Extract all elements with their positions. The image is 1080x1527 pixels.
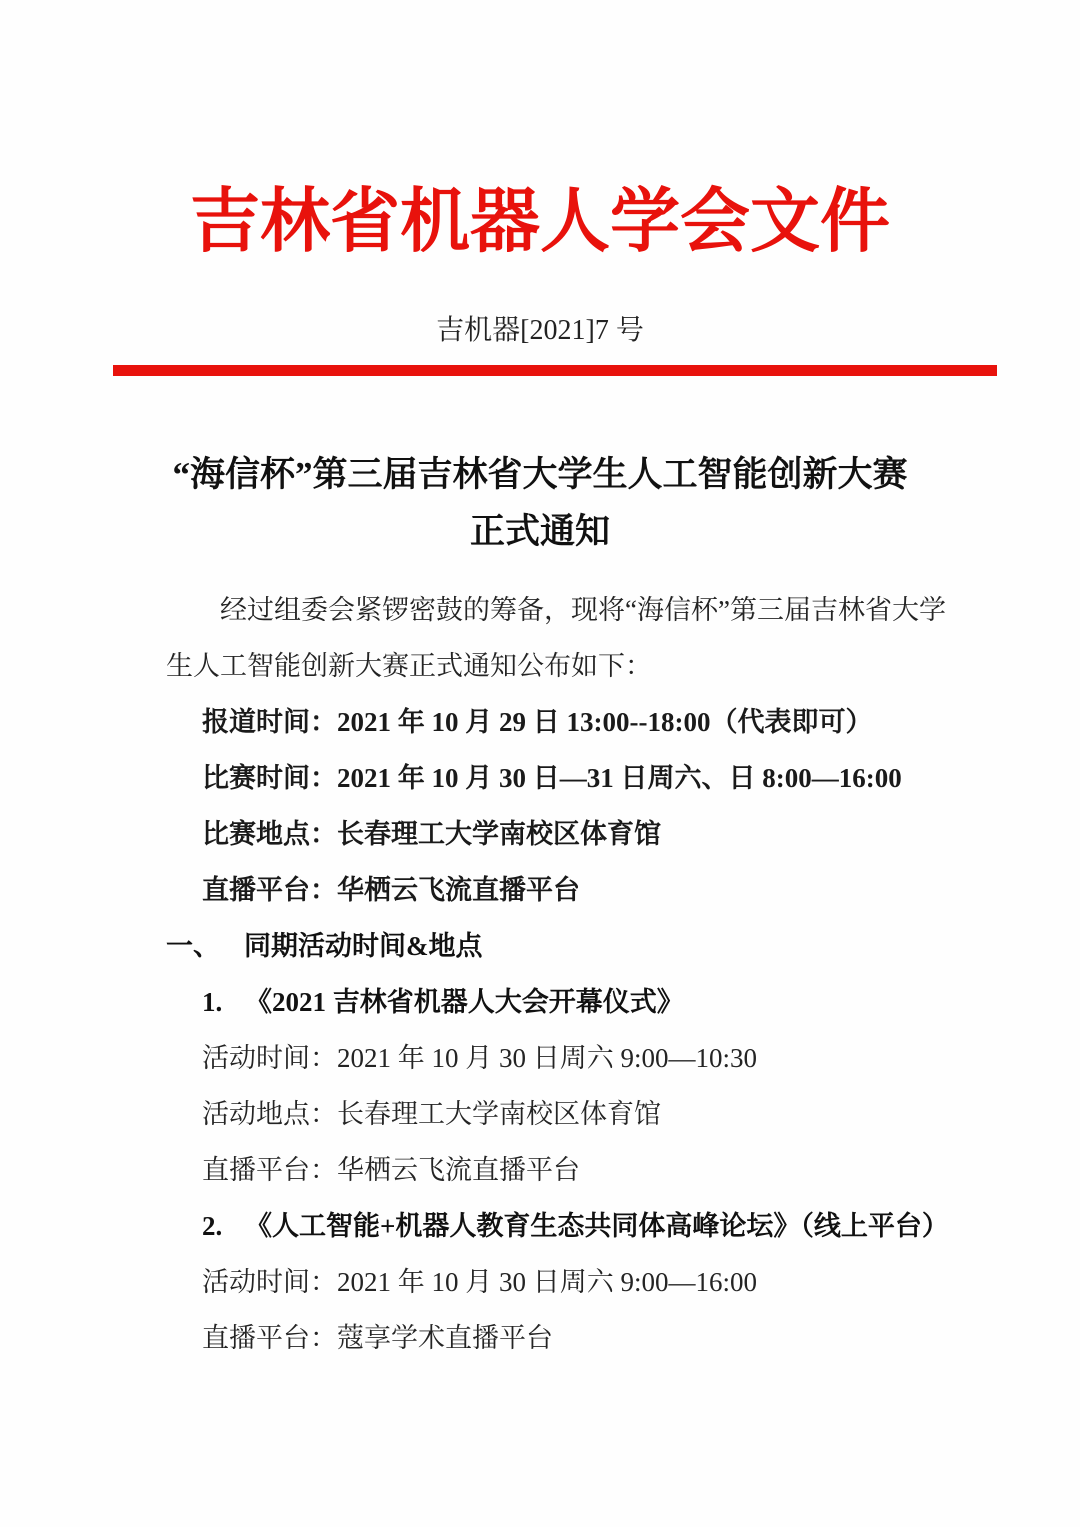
section-1-heading: 一、同期活动时间&地点 bbox=[166, 932, 998, 961]
section-1-marker: 一、 bbox=[166, 932, 244, 961]
red-divider bbox=[113, 365, 997, 376]
report-time-line: 报道时间：2021 年 10 月 29 日 13:00--18:00（代表即可） bbox=[166, 708, 998, 737]
competition-venue-line: 比赛地点：长春理工大学南校区体育馆 bbox=[166, 820, 998, 849]
item-1-title-text: 《2021 吉林省机器人大会开幕仪式》 bbox=[245, 987, 684, 1017]
section-1-title: 同期活动时间&地点 bbox=[244, 931, 483, 961]
item-2-activity-time: 活动时间：2021 年 10 月 30 日周六 9:00—16:00 bbox=[166, 1268, 998, 1297]
item-1-activity-time: 活动时间：2021 年 10 月 30 日周六 9:00—10:30 bbox=[166, 1044, 998, 1073]
item-1-title: 1.《2021 吉林省机器人大会开幕仪式》 bbox=[166, 988, 998, 1017]
item-2-number: 2. bbox=[202, 1212, 245, 1241]
item-2-title-text: 《人工智能+机器人教育生态共同体高峰论坛》（线上平台） bbox=[245, 1211, 949, 1241]
org-title: 吉林省机器人学会文件 bbox=[0, 176, 1080, 266]
item-1-activity-venue: 活动地点：长春理工大学南校区体育馆 bbox=[166, 1100, 998, 1129]
doc-number: 吉机器[2021]7 号 bbox=[0, 316, 1080, 346]
competition-time-line: 比赛时间：2021 年 10 月 30 日—31 日周六、日 8:00—16:0… bbox=[166, 764, 998, 793]
notice-title: “海信杯”第三届吉林省大学生人工智能创新大赛 正式通知 bbox=[0, 446, 1080, 560]
document-body: 经过组委会紧锣密鼓的筹备，现将“海信杯”第三届吉林省大学 生人工智能创新大赛正式… bbox=[166, 596, 998, 1353]
item-1-number: 1. bbox=[202, 988, 245, 1017]
document-page: 吉林省机器人学会文件 吉机器[2021]7 号 “海信杯”第三届吉林省大学生人工… bbox=[0, 0, 1080, 1527]
item-2-title: 2.《人工智能+机器人教育生态共同体高峰论坛》（线上平台） bbox=[166, 1212, 998, 1241]
live-platform-line: 直播平台：华栖云飞流直播平台 bbox=[166, 876, 998, 905]
notice-title-line2: 正式通知 bbox=[0, 503, 1080, 560]
item-1-live-platform: 直播平台：华栖云飞流直播平台 bbox=[166, 1156, 998, 1185]
notice-title-line1: “海信杯”第三届吉林省大学生人工智能创新大赛 bbox=[0, 446, 1080, 503]
intro-line-2: 生人工智能创新大赛正式通知公布如下： bbox=[166, 652, 998, 681]
item-2-live-platform: 直播平台：蔻享学术直播平台 bbox=[166, 1324, 998, 1353]
intro-line-1: 经过组委会紧锣密鼓的筹备，现将“海信杯”第三届吉林省大学 bbox=[166, 596, 998, 625]
